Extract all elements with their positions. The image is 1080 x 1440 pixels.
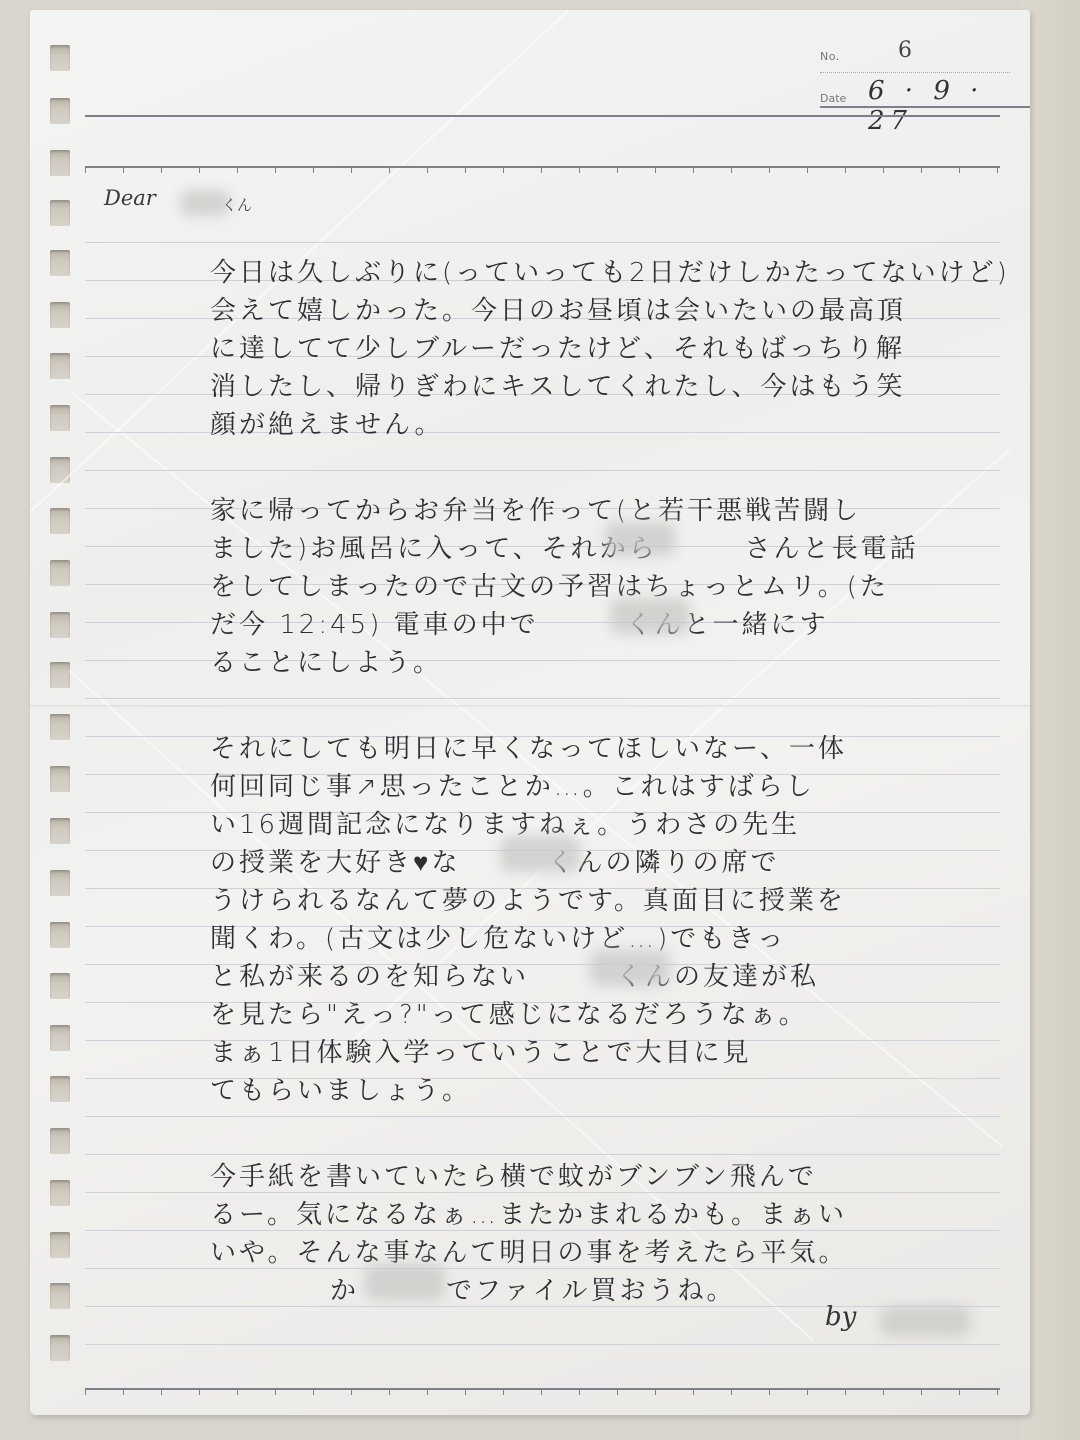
redacted-name: [610, 598, 690, 634]
fold-crease: [30, 705, 1030, 707]
letter-line: を見たら"えっ?"って感じになるだろうなぁ。: [210, 994, 808, 1031]
binder-hole: [50, 612, 70, 638]
letter-line: うけられるなんて夢のようです。真面目に授業を: [210, 880, 846, 917]
binder-hole: [50, 1335, 70, 1361]
letter-line: い16週間記念になりますねぇ。うわさの先生: [210, 804, 800, 841]
letter-line: と私が来るのを知らない くんの友達が私: [210, 956, 819, 993]
binder-hole: [50, 98, 70, 124]
date-underline: [820, 106, 1030, 108]
binder-hole: [50, 353, 70, 379]
letter-line: 聞くわ。(古文は少し危ないけど…)でもきっ: [210, 918, 786, 955]
letter-line: 家に帰ってからお弁当を作って(と若干悪戦苦闘し: [210, 490, 861, 527]
binder-hole: [50, 1180, 70, 1206]
binder-hole: [50, 560, 70, 586]
number-underline: [820, 72, 1010, 73]
ruled-line: [85, 1344, 1000, 1345]
binder-hole: [50, 302, 70, 328]
letter-paper: No. 6 Date 6 · 9 · 27 Dear くん 今日は久しぶりに(っ…: [30, 10, 1030, 1415]
binder-hole: [50, 45, 70, 71]
binder-hole: [50, 457, 70, 483]
rule-ticks: [85, 167, 1000, 173]
redacted-name: [365, 1264, 445, 1300]
letter-line: だ今 12:45) 電車の中で くんと一緒にす: [210, 604, 829, 641]
redacted-name: [605, 522, 675, 556]
letter-line: 今日は久しぶりに(っていっても2日だけしかたってないけど): [210, 252, 1010, 289]
binder-hole: [50, 922, 70, 948]
binder-hole: [50, 508, 70, 534]
letter-line: の授業を大好き♥な くんの隣りの席で: [210, 842, 779, 879]
ruled-line: [85, 1154, 1000, 1155]
binder-hole: [50, 1076, 70, 1102]
ruled-line: [85, 242, 1000, 243]
letter-line: 消したし、帰りぎわにキスしてくれたし、今はもう笑: [210, 366, 905, 403]
ruled-line: [85, 1116, 1000, 1117]
letter-line: るー。気になるなぁ…またかまれるかも。まぁい: [210, 1194, 847, 1231]
signature-by: by: [825, 1302, 856, 1332]
binder-hole: [50, 1128, 70, 1154]
number-label: No.: [820, 50, 840, 63]
binder-hole: [50, 405, 70, 431]
letter-line: に達してて少しブルーだったけど、それもばっちり解: [210, 328, 905, 365]
number-value: 6: [898, 38, 912, 63]
letter-line: 今手紙を書いていたら横で蚊がブンブン飛んで: [210, 1156, 817, 1193]
redacted-name: [590, 950, 670, 986]
binder-hole: [50, 662, 70, 688]
letter-line: 会えて嬉しかった。今日のお昼頃は会いたいの最高頂: [210, 290, 906, 327]
letter-line: ました)お風呂に入って、それから さんと長電話: [210, 528, 919, 565]
binder-hole: [50, 870, 70, 896]
binder-hole: [50, 973, 70, 999]
letter-line: それにしても明日に早くなってほしいなー、一体: [210, 728, 847, 765]
letter-line: てもらいましょう。: [210, 1070, 471, 1107]
binder-hole: [50, 1232, 70, 1258]
binder-hole: [50, 150, 70, 176]
binder-hole: [50, 200, 70, 226]
letter-line: 何回同じ事↗思ったことか…。これはすばらし: [210, 766, 815, 803]
binder-hole: [50, 1025, 70, 1051]
ruled-line: [85, 698, 1000, 699]
redacted-name: [500, 836, 580, 872]
letter-line: いや。そんな事なんて明日の事を考えたら平気。: [210, 1232, 847, 1269]
binder-hole: [50, 250, 70, 276]
redacted-name: [880, 1306, 970, 1336]
letter-line: をしてしまったので古文の予習はちょっとムリ。(た: [210, 566, 889, 603]
salutation-honorific: くん: [222, 194, 252, 215]
letter-line: まぁ1日体験入学っていうことで大目に見: [210, 1032, 752, 1069]
binder-hole: [50, 818, 70, 844]
letter-line: 顔が絶えません。: [210, 404, 444, 441]
header-rule: [85, 115, 1000, 117]
letter-line: ることにしよう。: [210, 642, 442, 679]
binder-hole: [50, 766, 70, 792]
binder-hole: [50, 714, 70, 740]
date-label: Date: [820, 92, 846, 105]
rule-ticks: [85, 1389, 1000, 1395]
ruled-line: [85, 470, 1000, 471]
binder-hole: [50, 1283, 70, 1309]
salutation-dear: Dear: [104, 186, 156, 210]
